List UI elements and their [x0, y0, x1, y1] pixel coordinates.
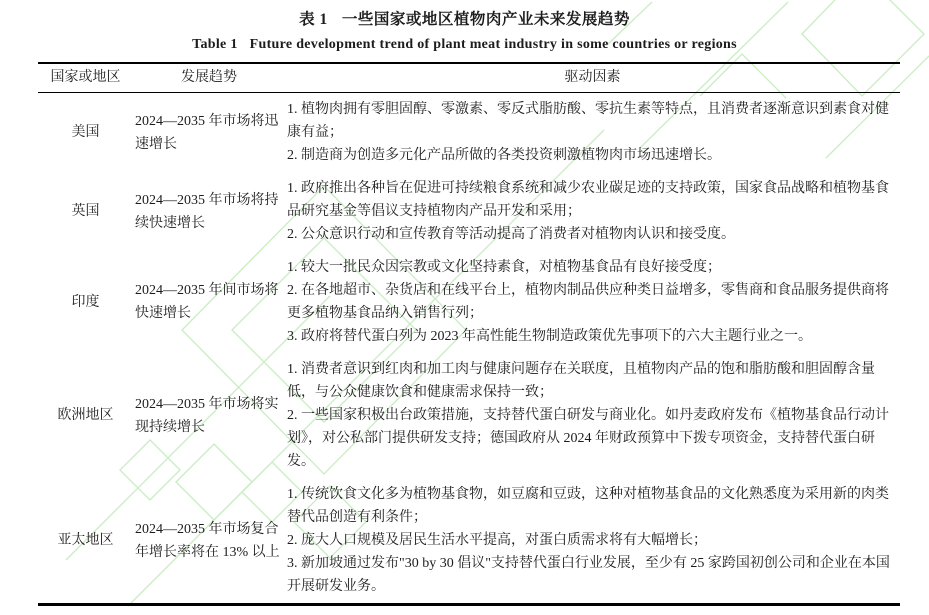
region-cell: 英国 — [38, 172, 133, 251]
driver-item: 1. 传统饮食文化多为植物基食物，如豆腐和豆豉，这种对植物基食品的文化熟悉度为采… — [287, 483, 898, 529]
table-row-asia-pacific: 亚太地区 2024—2035 年市场复合年增长率将在 13% 以上 1. 传统饮… — [38, 478, 900, 605]
driver-item: 1. 植物肉拥有零胆固醇、零激素、零反式脂肪酸、零抗生素等特点，且消费者逐渐意识… — [287, 98, 898, 144]
table-title-zh-label: 表 1 — [299, 11, 328, 28]
document-page: 表 1一些国家或地区植物肉产业未来发展趋势 Table 1Future deve… — [0, 0, 929, 615]
driver-item: 2. 公众意识行动和宣传教育等活动提高了消费者对植物肉认识和接受度。 — [287, 223, 898, 246]
trend-cell: 2024—2035 年市场将迅速增长 — [133, 93, 285, 173]
table-title-zh: 表 1一些国家或地区植物肉产业未来发展趋势 — [0, 0, 929, 29]
table-title-en: Table 1Future development trend of plant… — [0, 37, 929, 53]
table-row-usa: 美国 2024—2035 年市场将迅速增长 1. 植物肉拥有零胆固醇、零激素、零… — [38, 93, 900, 173]
trend-table: 国家或地区 发展趋势 驱动因素 美国 2024—2035 年市场将迅速增长 1.… — [38, 62, 900, 606]
trend-cell: 2024—2035 年市场将持续快速增长 — [133, 172, 285, 251]
col-header-drivers: 驱动因素 — [285, 63, 900, 93]
drivers-cell: 1. 植物肉拥有零胆固醇、零激素、零反式脂肪酸、零抗生素等特点，且消费者逐渐意识… — [285, 93, 900, 173]
driver-item: 1. 较大一批民众因宗教或文化坚持素食，对植物基食品有良好接受度； — [287, 256, 898, 279]
table-header-row: 国家或地区 发展趋势 驱动因素 — [38, 63, 900, 93]
driver-item: 2. 一些国家积极出台政策措施，支持替代蛋白研发与商业化。如丹麦政府发布《植物基… — [287, 404, 898, 473]
trend-cell: 2024—2035 年间市场将快速增长 — [133, 251, 285, 353]
driver-item: 2. 在各地超市、杂货店和在线平台上，植物肉制品供应种类日益增多，零售商和食品服… — [287, 279, 898, 325]
region-cell: 亚太地区 — [38, 478, 133, 605]
driver-item: 2. 制造商为创造多元化产品所做的各类投资刺激植物肉市场迅速增长。 — [287, 144, 898, 167]
col-header-trend: 发展趋势 — [133, 63, 285, 93]
trend-cell: 2024—2035 年市场复合年增长率将在 13% 以上 — [133, 478, 285, 605]
driver-item: 3. 新加坡通过发布"30 by 30 倡议"支持替代蛋白行业发展，至少有 25… — [287, 552, 898, 598]
table-title-zh-text: 一些国家或地区植物肉产业未来发展趋势 — [342, 11, 630, 28]
drivers-cell: 1. 消费者意识到红肉和加工肉与健康问题存在关联度，且植物肉产品的饱和脂肪酸和胆… — [285, 353, 900, 478]
col-header-region: 国家或地区 — [38, 63, 133, 93]
drivers-cell: 1. 政府推出各种旨在促进可持续粮食系统和减少农业碳足迹的支持政策，国家食品战略… — [285, 172, 900, 251]
table-row-europe: 欧洲地区 2024—2035 年市场将实现持续增长 1. 消费者意识到红肉和加工… — [38, 353, 900, 478]
region-cell: 美国 — [38, 93, 133, 173]
table-title-en-label: Table 1 — [192, 37, 238, 52]
drivers-cell: 1. 传统饮食文化多为植物基食物，如豆腐和豆豉，这种对植物基食品的文化熟悉度为采… — [285, 478, 900, 605]
table-row-india: 印度 2024—2035 年间市场将快速增长 1. 较大一批民众因宗教或文化坚持… — [38, 251, 900, 353]
drivers-cell: 1. 较大一批民众因宗教或文化坚持素食，对植物基食品有良好接受度； 2. 在各地… — [285, 251, 900, 353]
trend-cell: 2024—2035 年市场将实现持续增长 — [133, 353, 285, 478]
driver-item: 2. 庞大人口规模及居民生活水平提高，对蛋白质需求将有大幅增长； — [287, 529, 898, 552]
driver-item: 1. 消费者意识到红肉和加工肉与健康问题存在关联度，且植物肉产品的饱和脂肪酸和胆… — [287, 358, 898, 404]
table-row-uk: 英国 2024—2035 年市场将持续快速增长 1. 政府推出各种旨在促进可持续… — [38, 172, 900, 251]
region-cell: 印度 — [38, 251, 133, 353]
driver-item: 1. 政府推出各种旨在促进可持续粮食系统和减少农业碳足迹的支持政策，国家食品战略… — [287, 177, 898, 223]
table-title-en-text: Future development trend of plant meat i… — [250, 37, 737, 52]
driver-item: 3. 政府将替代蛋白列为 2023 年高性能生物制造政策优先事项下的六大主题行业… — [287, 325, 898, 348]
region-cell: 欧洲地区 — [38, 353, 133, 478]
